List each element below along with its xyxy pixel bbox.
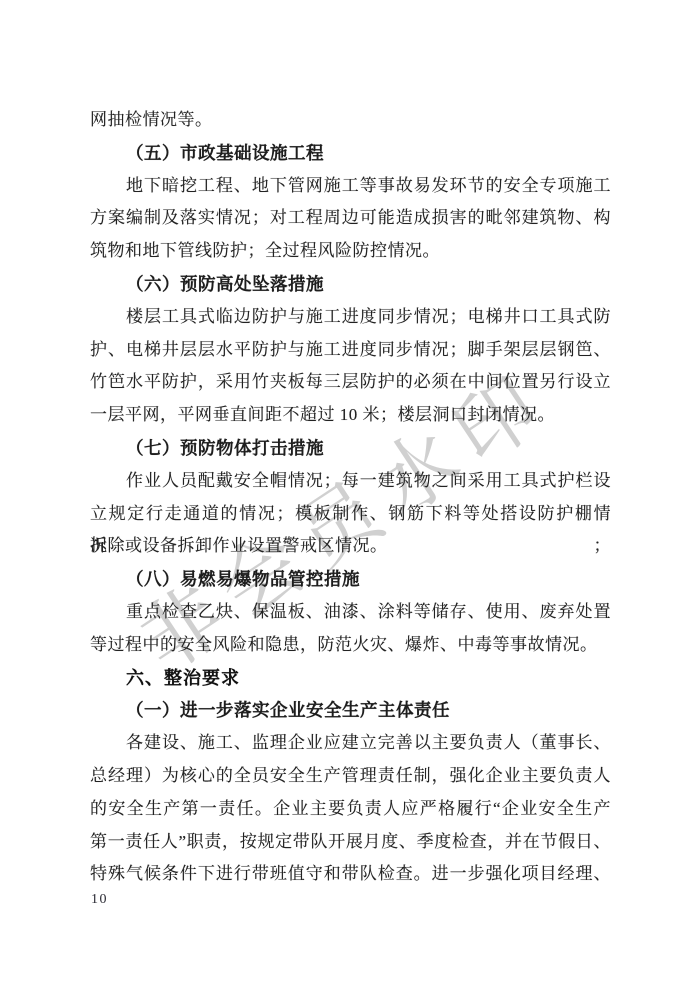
text-line: 一层平网，平网垂直间距不超过 10 米；楼层洞口封闭情况。 — [90, 399, 611, 432]
text-line: 总经理）为核心的全员安全生产管理责任制，强化企业主要负责人 — [90, 760, 611, 793]
section-heading: （六）预防高处坠落措施 — [90, 268, 611, 301]
section-heading: （一）进一步落实企业安全生产主体责任 — [90, 694, 611, 727]
section-heading: （七）预防物体打击措施 — [90, 432, 611, 465]
text-line: 的安全生产第一责任。企业主要负责人应严格履行“企业安全生产 — [90, 793, 611, 826]
page-number: 10 — [91, 892, 108, 908]
chapter-heading: 六、整治要求 — [90, 662, 611, 695]
text-line: 护、电梯井层层水平防护与施工进度同步情况；脚手架层层钢笆、 — [90, 334, 611, 367]
text-line: 各建设、施工、监理企业应建立完善以主要负责人（董事长、 — [90, 727, 611, 760]
text-line: 重点检查乙炔、保温板、油漆、涂料等储存、使用、废弃处置 — [90, 596, 611, 629]
text-line: 立规定行走通道的情况；模板制作、钢筋下料等处搭设防护棚情况； — [90, 498, 611, 531]
section-heading: （五）市政基础设施工程 — [90, 137, 611, 170]
text-line: 网抽检情况等。 — [90, 104, 611, 137]
text-line: 作业人员配戴安全帽情况；每一建筑物之间采用工具式护栏设 — [90, 465, 611, 498]
text-line: 地下暗挖工程、地下管网施工等事故易发环节的安全专项施工 — [90, 170, 611, 203]
text-line: 楼层工具式临边防护与施工进度同步情况；电梯井口工具式防 — [90, 301, 611, 334]
text-line: 第一责任人”职责，按规定带队开展月度、季度检查，并在节假日、 — [90, 826, 611, 859]
text-line: 竹笆水平防护，采用竹夹板每三层防护的必须在中间位置另行设立 — [90, 366, 611, 399]
text-line: 等过程中的安全风险和隐患，防范火灾、爆炸、中毒等事故情况。 — [90, 629, 611, 662]
text-line: 筑物和地下管线防护；全过程风险防控情况。 — [90, 235, 611, 268]
text-line: 方案编制及落实情况；对工程周边可能造成损害的毗邻建筑物、构 — [90, 202, 611, 235]
text-block: 网抽检情况等。 （五）市政基础设施工程 地下暗挖工程、地下管网施工等事故易发环节… — [90, 104, 611, 891]
text-line: 特殊气候条件下进行带班值守和带队检查。进一步强化项目经理、 — [90, 858, 611, 891]
section-heading: （八）易燃易爆物品管控措施 — [90, 563, 611, 596]
document-page: 非会员水印 网抽检情况等。 （五）市政基础设施工程 地下暗挖工程、地下管网施工等… — [0, 0, 700, 990]
